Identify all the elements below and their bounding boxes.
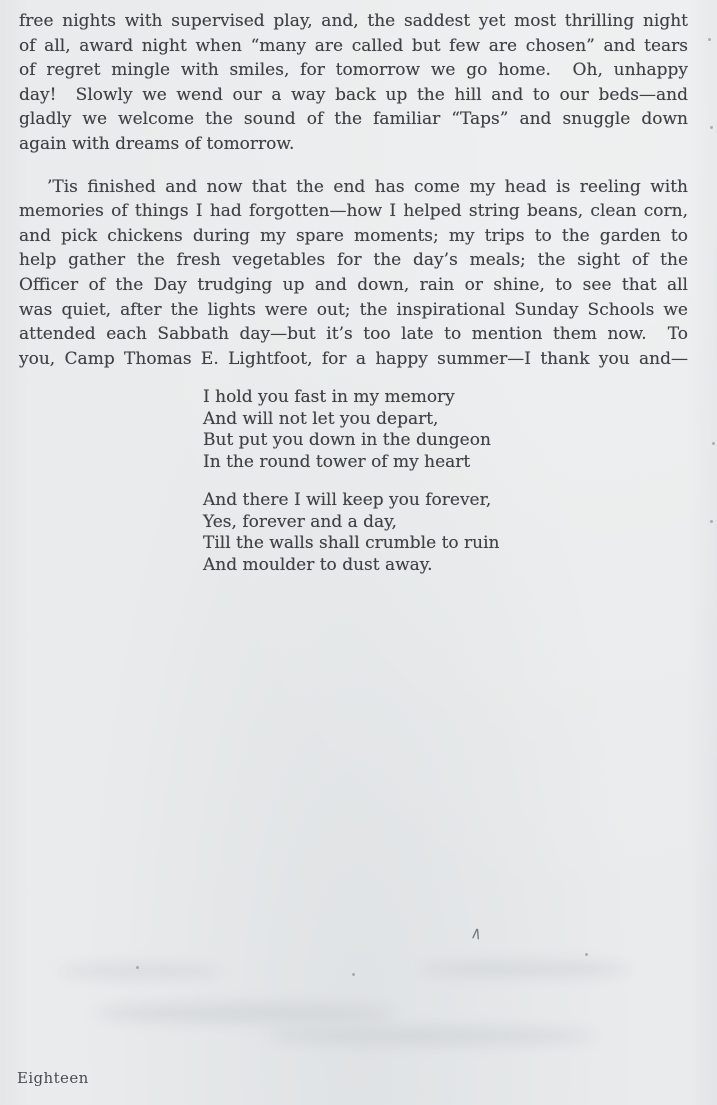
scan-speck bbox=[136, 966, 139, 969]
text-line: memories of things I had forgotten—how I… bbox=[19, 199, 688, 224]
paragraph: free nights with supervised play, and, t… bbox=[19, 9, 688, 157]
text-line: free nights with supervised play, and, t… bbox=[19, 9, 688, 34]
text-line: and pick chickens during my spare moment… bbox=[19, 224, 688, 249]
poem: I hold you fast in my memoryAnd will not… bbox=[203, 387, 500, 576]
bleed-through-smudge bbox=[265, 1028, 595, 1044]
scan-speck bbox=[710, 126, 713, 129]
poem-stanza: And there I will keep you forever,Yes, f… bbox=[203, 490, 500, 576]
bleed-through-smudge bbox=[420, 962, 630, 976]
page-number: Eighteen bbox=[17, 1069, 89, 1087]
text-line: of regret mingle with smiles, for tomorr… bbox=[19, 58, 688, 83]
scanned-page: free nights with supervised play, and, t… bbox=[0, 0, 717, 1105]
body-text: free nights with supervised play, and, t… bbox=[19, 9, 688, 371]
scan-speck bbox=[710, 520, 713, 523]
poem-line: And moulder to dust away. bbox=[203, 555, 500, 577]
poem-line: Yes, forever and a day, bbox=[203, 512, 500, 534]
poem-line: Till the walls shall crumble to ruin bbox=[203, 533, 500, 555]
text-line: was quiet, after the lights were out; th… bbox=[19, 298, 688, 323]
pencil-mark: ∧ bbox=[469, 922, 483, 944]
bleed-through-smudge bbox=[60, 965, 220, 977]
text-line: help gather the fresh vegetables for the… bbox=[19, 248, 688, 273]
bleed-through-smudge bbox=[95, 1004, 395, 1022]
text-line: day! Slowly we wend our a way back up th… bbox=[19, 83, 688, 108]
scan-speck bbox=[708, 38, 711, 41]
text-line: of all, award night when “many are calle… bbox=[19, 34, 688, 59]
text-line: again with dreams of tomorrow. bbox=[19, 132, 688, 157]
poem-line: But put you down in the dungeon bbox=[203, 430, 500, 452]
poem-line: And will not let you depart, bbox=[203, 409, 500, 431]
poem-line: I hold you fast in my memory bbox=[203, 387, 500, 409]
paragraph: ’Tis finished and now that the end has c… bbox=[19, 175, 688, 372]
poem-line: In the round tower of my heart bbox=[203, 452, 500, 474]
text-line: attended each Sabbath day—but it’s too l… bbox=[19, 322, 688, 347]
poem-line: And there I will keep you forever, bbox=[203, 490, 500, 512]
scan-speck bbox=[585, 953, 588, 956]
text-line: you, Camp Thomas E. Lightfoot, for a hap… bbox=[19, 347, 688, 372]
scan-speck bbox=[352, 973, 355, 976]
scan-speck bbox=[712, 442, 715, 445]
text-line: gladly we welcome the sound of the famil… bbox=[19, 107, 688, 132]
text-line: Officer of the Day trudging up and down,… bbox=[19, 273, 688, 298]
poem-stanza: I hold you fast in my memoryAnd will not… bbox=[203, 387, 500, 473]
text-line: ’Tis finished and now that the end has c… bbox=[19, 175, 688, 200]
